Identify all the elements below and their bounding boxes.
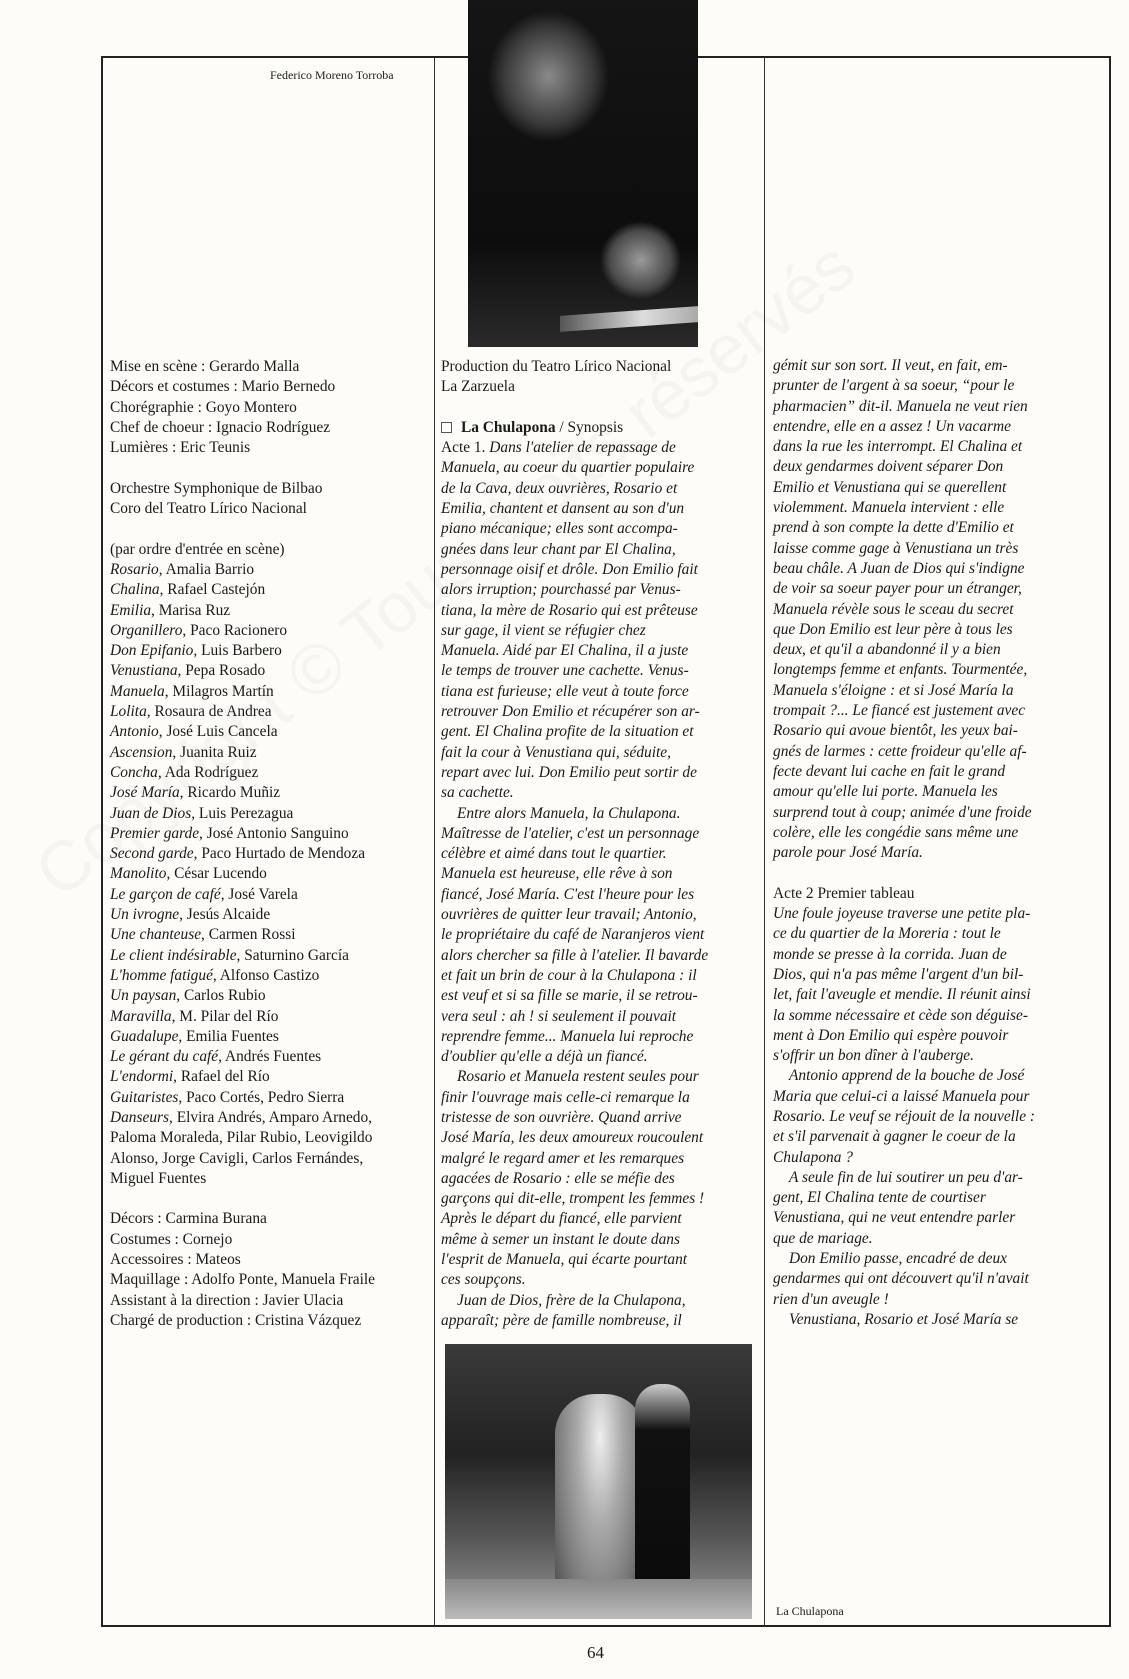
synopsis-text: deux gendarmes doivent séparer Don xyxy=(773,458,1003,475)
cast-role: Lolita xyxy=(110,703,147,720)
cast-entry: Premier garde, José Antonio Sanguino xyxy=(110,824,430,844)
cast-actor: , Ricardo Muñiz xyxy=(180,784,280,801)
photo-detail xyxy=(560,306,698,332)
synopsis-text: personnage oisif et drôle. Don Emilio fa… xyxy=(441,561,698,578)
cast-actor: , Rafael del Río xyxy=(173,1068,270,1085)
cast-actor: , Alfonso Castizo xyxy=(213,967,319,984)
cast-actor: , Rosaura de Andrea xyxy=(147,703,272,720)
photo-caption-stage: La Chulapona xyxy=(776,1604,844,1619)
synopsis-text: pharmacien” dit-il. Manuela ne veut rien xyxy=(773,398,1028,415)
synopsis-line: Juan de Dios, frère de la Chulapona, xyxy=(441,1291,751,1311)
cast-actor: , Luis Perezagua xyxy=(191,805,293,822)
ensemble-line: Coro del Teatro Lírico Nacional xyxy=(110,499,430,519)
cast-actor: , César Lucendo xyxy=(166,865,266,882)
synopsis-text: Rosario et Manuela restent seules pour xyxy=(457,1068,699,1085)
cast-entry: L'endormi, Rafael del Río xyxy=(110,1067,430,1087)
cast-entry: José María, Ricardo Muñiz xyxy=(110,783,430,803)
synopsis-text: surprend tout à coup; animée d'une froid… xyxy=(773,804,1032,821)
synopsis-line: reprendre femme... Manuela lui reproche xyxy=(441,1027,751,1047)
synopsis-line: que Don Emilio est leur père à tous les xyxy=(773,620,1098,640)
synopsis-text: ces soupçons. xyxy=(441,1271,526,1288)
synopsis-text: parole pour José María. xyxy=(773,844,923,861)
synopsis-line: parole pour José María. xyxy=(773,843,1098,863)
synopsis-text: est veuf et si sa fille se marie, il se … xyxy=(441,987,698,1004)
cast-entry: L'homme fatigué, Alfonso Castizo xyxy=(110,966,430,986)
synopsis-text: let, fait l'aveugle et mendie. Il réunit… xyxy=(773,986,1031,1003)
synopsis-text: Maîtresse de l'atelier, c'est un personn… xyxy=(441,825,699,842)
cast-actor: , Jesús Alcaide xyxy=(179,906,270,923)
synopsis-text: célèbre et aimé dans tout le quartier. xyxy=(441,845,667,862)
cast-actor: , Andrés Fuentes xyxy=(218,1048,321,1065)
synopsis-line: apparaît; père de famille nombreuse, il xyxy=(441,1311,751,1331)
cast-entry: Le gérant du café, Andrés Fuentes xyxy=(110,1047,430,1067)
synopsis-text: Venustiana, Rosario et José María se xyxy=(789,1311,1018,1328)
synopsis-text: alors irruption; pourchassé par Venus- xyxy=(441,581,681,598)
synopsis-text: prend à son compte la dette d'Emilio et xyxy=(773,519,1014,536)
synopsis-text: Manuela s'éloigne : et si José María la xyxy=(773,682,1014,699)
cast-role: Ascension xyxy=(110,744,172,761)
cast-entry: Danseurs, Elvira Andrés, Amparo Arnedo, xyxy=(110,1108,430,1128)
synopsis-line: gémit sur son sort. Il veut, en fait, em… xyxy=(773,356,1098,376)
square-bullet-icon xyxy=(441,422,452,433)
synopsis-text: reprendre femme... Manuela lui reproche xyxy=(441,1028,693,1045)
synopsis-line: tristesse de son ouvrière. Quand arrive xyxy=(441,1108,751,1128)
synopsis-line: de la Cava, deux ouvrières, Rosario et xyxy=(441,479,751,499)
synopsis-text: Après le départ du fiancé, elle parvient xyxy=(441,1210,682,1227)
synopsis-text: la somme nécessaire et cède son déguise- xyxy=(773,1007,1028,1024)
synopsis-line: gnés de larmes : cette froideur qu'elle … xyxy=(773,742,1098,762)
synopsis-line: et fait un brin de cour à la Chulapona :… xyxy=(441,966,751,986)
cast-entry: Venustiana, Pepa Rosado xyxy=(110,661,430,681)
synopsis-line: prend à son compte la dette d'Emilio et xyxy=(773,518,1098,538)
cast-entry: Ascension, Juanita Ruiz xyxy=(110,743,430,763)
synopsis-line: est veuf et si sa fille se marie, il se … xyxy=(441,986,751,1006)
synopsis-text: sur gage, il vient se réfugier chez xyxy=(441,622,646,639)
credit-line: Mise en scène : Gerardo Malla xyxy=(110,357,430,377)
synopsis-text: gnés de larmes : cette froideur qu'elle … xyxy=(773,743,1027,760)
synopsis-text: Emilia, chantent et dansent au son d'un xyxy=(441,500,684,517)
synopsis-text: retrouver Don Emilio et récupérer son ar… xyxy=(441,703,700,720)
cast-heading: (par ordre d'entrée en scène) xyxy=(110,540,430,560)
la-chulapona-stage-photo xyxy=(445,1456,752,1627)
technical-credit-line: Maquillage : Adolfo Ponte, Manuela Frail… xyxy=(110,1270,430,1290)
synopsis-text: deux, et qu'il a abandonné il y a bien xyxy=(773,641,1001,658)
synopsis-line: entendre, elle en a assez ! Un vacarme xyxy=(773,417,1098,437)
cast-actor: , Luis Barbero xyxy=(193,642,281,659)
synopsis-text: que Don Emilio est leur père à tous les xyxy=(773,621,1013,638)
synopsis-text: amour qu'elle lui porte. Manuela les xyxy=(773,783,998,800)
synopsis-text: dans la rue les interrompt. El Chalina e… xyxy=(773,438,1022,455)
composer-portrait-photo xyxy=(468,0,698,347)
synopsis-line: colère, elle les congédie sans même une xyxy=(773,823,1098,843)
synopsis-line: Acte 1. Dans l'atelier de repassage de xyxy=(441,438,751,458)
cast-role: L'endormi xyxy=(110,1068,173,1085)
synopsis-line: Manuela s'éloigne : et si José María la xyxy=(773,681,1098,701)
cast-role: Second garde xyxy=(110,845,194,862)
synopsis-line: Maria que celui-ci a laissé Manuela pour xyxy=(773,1087,1098,1107)
synopsis-text: ouvrières de quitter leur travail; Anton… xyxy=(441,906,697,923)
synopsis-text: Manuela, au coeur du quartier populaire xyxy=(441,459,694,476)
cast-role: Juan de Dios xyxy=(110,805,191,822)
synopsis-line: repart avec lui. Don Emilio peut sortir … xyxy=(441,763,751,783)
synopsis-text: Emilio et Venustiana qui se querellent xyxy=(773,479,1006,496)
synopsis-line: fait la cour à Venustiana qui, séduite, xyxy=(441,743,751,763)
synopsis-line: José María, les deux amoureux roucoulent xyxy=(441,1128,751,1148)
cast-actor: , Juanita Ruiz xyxy=(172,744,256,761)
cast-role: Le gérant du café xyxy=(110,1048,218,1065)
synopsis-text: José María, les deux amoureux roucoulent xyxy=(441,1129,703,1146)
synopsis-text: vera seul : ah ! si seulement il pouvait xyxy=(441,1008,676,1025)
synopsis-line: rien d'un aveugle ! xyxy=(773,1290,1098,1310)
dancers-continued: Paloma Moraleda, Pilar Rubio, Leovigildo… xyxy=(110,1128,430,1189)
synopsis-line: et s'il parvenait à gagner le coeur de l… xyxy=(773,1127,1098,1147)
cast-actor: , Saturnino García xyxy=(237,947,349,964)
synopsis-line: Manuela. Aidé par El Chalina, il a juste xyxy=(441,641,751,661)
synopsis-line: Emilio et Venustiana qui se querellent xyxy=(773,478,1098,498)
act2-heading: Acte 2 Premier tableau xyxy=(773,884,1098,904)
cast-role: Antonio xyxy=(110,723,159,740)
cast-role: Chalina xyxy=(110,581,160,598)
cast-actor: , Paco Hurtado de Mendoza xyxy=(194,845,365,862)
cast-entry: Guitaristes, Paco Cortés, Pedro Sierra xyxy=(110,1088,430,1108)
cast-entry: Maravilla, M. Pilar del Río xyxy=(110,1007,430,1027)
synopsis-line: Venustiana, qui ne veut entendre parler xyxy=(773,1208,1098,1228)
synopsis-line: monde se presse à la corrida. Juan de xyxy=(773,945,1098,965)
synopsis-line: Don Emilio passe, encadré de deux xyxy=(773,1249,1098,1269)
ensembles-list: Orchestre Symphonique de BilbaoCoro del … xyxy=(110,479,430,520)
synopsis-text: Rosario qui avoue bientôt, les yeux bai- xyxy=(773,722,1018,739)
synopsis-line: d'oublier qu'elle a déjà un fiancé. xyxy=(441,1047,751,1067)
synopsis-line: célèbre et aimé dans tout le quartier. xyxy=(441,844,751,864)
synopsis-line: de voir sa soeur payer pour un étranger, xyxy=(773,579,1098,599)
cast-entry: Manuela, Milagros Martín xyxy=(110,682,430,702)
cast-entry: Guadalupe, Emilia Fuentes xyxy=(110,1027,430,1047)
synopsis-line: sa cachette. xyxy=(441,783,751,803)
cast-role: L'homme fatigué xyxy=(110,967,213,984)
synopsis-act2-text: Une foule joyeuse traverse une petite pl… xyxy=(773,904,1098,1330)
synopsis-line: gnées dans leur chant par El Chalina, xyxy=(441,540,751,560)
cast-entry: Manolito, César Lucendo xyxy=(110,864,430,884)
synopsis-text: monde se presse à la corrida. Juan de xyxy=(773,946,1007,963)
cast-role: José María xyxy=(110,784,180,801)
synopsis-text: agacées de Rosario : elle se méfie des xyxy=(441,1170,675,1187)
synopsis-text: Antonio apprend de la bouche de José xyxy=(789,1067,1024,1084)
synopsis-text: repart avec lui. Don Emilio peut sortir … xyxy=(441,764,697,781)
synopsis-line: let, fait l'aveugle et mendie. Il réunit… xyxy=(773,985,1098,1005)
synopsis-text: ment à Don Emilio qui espère pouvoir xyxy=(773,1027,1008,1044)
synopsis-text: trompait ?... Le fiancé est justement av… xyxy=(773,702,1025,719)
synopsis-line: pharmacien” dit-il. Manuela ne veut rien xyxy=(773,397,1098,417)
cast-role: Rosario xyxy=(110,561,159,578)
synopsis-text: prunter de l'argent à sa soeur, “pour le xyxy=(773,377,1014,394)
page-number: 64 xyxy=(587,1643,604,1663)
synopsis-line: sur gage, il vient se réfugier chez xyxy=(441,621,751,641)
synopsis-line: Chulapona ? xyxy=(773,1148,1098,1168)
cast-role: Une chanteuse xyxy=(110,926,201,943)
cast-role: Un paysan xyxy=(110,987,176,1004)
cast-entry: Juan de Dios, Luis Perezagua xyxy=(110,804,430,824)
cast-actor: , José Antonio Sanguino xyxy=(199,825,349,842)
cast-list: Rosario, Amalia BarrioChalina, Rafael Ca… xyxy=(110,560,430,1128)
synopsis-text: fiancé, José María. C'est l'heure pour l… xyxy=(441,886,694,903)
credit-line: Lumières : Eric Teunis xyxy=(110,438,430,458)
synopsis-title: La Chulapona / Synopsis xyxy=(441,418,751,438)
synopsis-text: et fait un brin de cour à la Chulapona :… xyxy=(441,967,697,984)
synopsis-text: tristesse de son ouvrière. Quand arrive xyxy=(441,1109,682,1126)
synopsis-line: ces soupçons. xyxy=(441,1270,751,1290)
synopsis-text: Une foule joyeuse traverse une petite pl… xyxy=(773,905,1030,922)
cast-actor: , Paco Racionero xyxy=(182,622,287,639)
synopsis-line: Rosario et Manuela restent seules pour xyxy=(441,1067,751,1087)
synopsis-text: le propriétaire du café de Naranjeros vi… xyxy=(441,926,704,943)
synopsis-line: gent. El Chalina profite de la situation… xyxy=(441,722,751,742)
technical-credits-list: Décors : Carmina BuranaCostumes : Cornej… xyxy=(110,1209,430,1331)
cast-actor: , Milagros Martín xyxy=(165,683,274,700)
synopsis-line: amour qu'elle lui porte. Manuela les xyxy=(773,782,1098,802)
synopsis-text: le temps de trouver une cachette. Venus- xyxy=(441,662,689,679)
synopsis-continued-column: gémit sur son sort. Il veut, en fait, em… xyxy=(773,356,1098,1330)
synopsis-text: tiana est furieuse; elle veut à toute fo… xyxy=(441,683,689,700)
synopsis-text: de voir sa soeur payer pour un étranger, xyxy=(773,580,1022,597)
synopsis-line: alors chercher sa fille à l'atelier. Il … xyxy=(441,946,751,966)
synopsis-line: longtemps femme et enfants. Tourmentée, xyxy=(773,660,1098,680)
technical-credit-line: Assistant à la direction : Javier Ulacia xyxy=(110,1291,430,1311)
synopsis-text: malgré le regard amer et les remarques xyxy=(441,1150,684,1167)
production-line: Production du Teatro Lírico Nacional xyxy=(441,357,751,377)
ensemble-line: Orchestre Symphonique de Bilbao xyxy=(110,479,430,499)
synopsis-title-rest: / Synopsis xyxy=(556,419,624,436)
synopsis-text: beau châle. A Juan de Dios qui s'indigne xyxy=(773,560,1025,577)
production-lines: Production du Teatro Lírico NacionalLa Z… xyxy=(441,357,751,398)
synopsis-line: vera seul : ah ! si seulement il pouvait xyxy=(441,1007,751,1027)
synopsis-line: gendarmes qui ont découvert qu'il n'avai… xyxy=(773,1269,1098,1289)
synopsis-text: Venustiana, qui ne veut entendre parler xyxy=(773,1209,1015,1226)
synopsis-text: fait la cour à Venustiana qui, séduite, xyxy=(441,744,671,761)
cast-role: Manuela xyxy=(110,683,165,700)
synopsis-text: Don Emilio passe, encadré de deux xyxy=(789,1250,1007,1267)
synopsis-text: alors chercher sa fille à l'atelier. Il … xyxy=(441,947,708,964)
cast-entry: Emilia, Marisa Ruz xyxy=(110,601,430,621)
technical-credit-line: Accessoires : Mateos xyxy=(110,1250,430,1270)
cast-actor: , Carmen Rossi xyxy=(201,926,295,943)
synopsis-text: piano mécanique; elles sont accompa- xyxy=(441,520,678,537)
synopsis-text: d'oublier qu'elle a déjà un fiancé. xyxy=(441,1048,648,1065)
technical-credit-line: Chargé de production : Cristina Vázquez xyxy=(110,1311,430,1331)
cast-role: Premier garde xyxy=(110,825,199,842)
synopsis-line: fecte devant lui cache en fait le grand xyxy=(773,762,1098,782)
synopsis-line: Venustiana, Rosario et José María se xyxy=(773,1310,1098,1330)
synopsis-line: Une foule joyeuse traverse une petite pl… xyxy=(773,904,1098,924)
synopsis-text: violemment. Manuela intervient : elle xyxy=(773,499,1004,516)
cast-actor: , Pepa Rosado xyxy=(178,662,266,679)
stage-photo-image xyxy=(445,1344,752,1619)
cast-entry: Une chanteuse, Carmen Rossi xyxy=(110,925,430,945)
synopsis-line: s'offrir un bon dîner à l'auberge. xyxy=(773,1046,1098,1066)
synopsis-line: Manuela révèle sous le sceau du secret xyxy=(773,600,1098,620)
synopsis-text: Juan de Dios, frère de la Chulapona, xyxy=(457,1292,686,1309)
synopsis-text: colère, elle les congédie sans même une xyxy=(773,824,1018,841)
synopsis-text: ce du quartier de la Moreria : tout le xyxy=(773,925,1001,942)
synopsis-line: tiana est furieuse; elle veut à toute fo… xyxy=(441,682,751,702)
synopsis-line: deux, et qu'il a abandonné il y a bien xyxy=(773,640,1098,660)
cast-entry: Rosario, Amalia Barrio xyxy=(110,560,430,580)
synopsis-text: gent. El Chalina profite de la situation… xyxy=(441,723,694,740)
synopsis-text: fecte devant lui cache en fait le grand xyxy=(773,763,1005,780)
cast-role: Guadalupe xyxy=(110,1028,178,1045)
column-divider-right xyxy=(764,58,765,1625)
synopsis-line: garçons qui dit-elle, trompent les femme… xyxy=(441,1189,751,1209)
cast-entry: Organillero, Paco Racionero xyxy=(110,621,430,641)
credit-line: Chorégraphie : Goyo Montero xyxy=(110,398,430,418)
cast-actor: , Paco Cortés, Pedro Sierra xyxy=(178,1089,344,1106)
cast-entry: Second garde, Paco Hurtado de Mendoza xyxy=(110,844,430,864)
synopsis-text: Manuela est heureuse, elle rêve à son xyxy=(441,865,673,882)
dancers-line: Paloma Moraleda, Pilar Rubio, Leovigildo xyxy=(110,1128,430,1148)
synopsis-line: trompait ?... Le fiancé est justement av… xyxy=(773,701,1098,721)
cast-role: Manolito xyxy=(110,865,166,882)
cast-actor: , Marisa Ruz xyxy=(151,602,230,619)
cast-actor: , M. Pilar del Río xyxy=(172,1008,279,1025)
cast-actor: , Emilia Fuentes xyxy=(178,1028,278,1045)
cast-entry: Un paysan, Carlos Rubio xyxy=(110,986,430,1006)
cast-actor: , José Varela xyxy=(221,886,298,903)
cast-role: Concha xyxy=(110,764,158,781)
synopsis-line: Entre alors Manuela, la Chulapona. xyxy=(441,804,751,824)
synopsis-line: ouvrières de quitter leur travail; Anton… xyxy=(441,905,751,925)
cast-actor: , Amalia Barrio xyxy=(159,561,254,578)
synopsis-text: Dios, qui n'a pas même l'argent d'un bil… xyxy=(773,966,1023,983)
synopsis-text: garçons qui dit-elle, trompent les femme… xyxy=(441,1190,704,1207)
synopsis-line: Manuela est heureuse, elle rêve à son xyxy=(441,864,751,884)
credit-line: Chef de choeur : Ignacio Rodríguez xyxy=(110,418,430,438)
cast-entry: Chalina, Rafael Castejón xyxy=(110,580,430,600)
synopsis-text: laisse comme gage à Venustiana un très xyxy=(773,540,1018,557)
credit-line: Décors et costumes : Mario Bernedo xyxy=(110,377,430,397)
cast-entry: Concha, Ada Rodríguez xyxy=(110,763,430,783)
dancers-line: Miguel Fuentes xyxy=(110,1169,430,1189)
synopsis-text: l'esprit de Manuela, qui écarte pourtant xyxy=(441,1251,687,1268)
synopsis-text: même à semer un instant le doute dans xyxy=(441,1231,680,1248)
cast-actor: , Elvira Andrés, Amparo Arnedo, xyxy=(169,1109,372,1126)
synopsis-line: personnage oisif et drôle. Don Emilio fa… xyxy=(441,560,751,580)
synopsis-text: gnées dans leur chant par El Chalina, xyxy=(441,541,676,558)
synopsis-line: Dios, qui n'a pas même l'argent d'un bil… xyxy=(773,965,1098,985)
production-team-list: Mise en scène : Gerardo MallaDécors et c… xyxy=(110,357,430,458)
synopsis-line: fiancé, José María. C'est l'heure pour l… xyxy=(441,885,751,905)
synopsis-line: Rosario qui avoue bientôt, les yeux bai- xyxy=(773,721,1098,741)
synopsis-line: retrouver Don Emilio et récupérer son ar… xyxy=(441,702,751,722)
synopsis-text: apparaît; père de famille nombreuse, il xyxy=(441,1312,682,1329)
cast-role: Un ivrogne xyxy=(110,906,179,923)
synopsis-text: gent, El Chalina tente de courtiser xyxy=(773,1189,986,1206)
synopsis-act1-text: Acte 1. Dans l'atelier de repassage deMa… xyxy=(441,438,751,1331)
cast-entry: Le client indésirable, Saturnino García xyxy=(110,946,430,966)
synopsis-line: prunter de l'argent à sa soeur, “pour le xyxy=(773,376,1098,396)
cast-role: Maravilla xyxy=(110,1008,172,1025)
synopsis-text: Rosario. Le veuf se réjouit de la nouvel… xyxy=(773,1108,1035,1125)
synopsis-text: longtemps femme et enfants. Tourmentée, xyxy=(773,661,1027,678)
synopsis-line: la somme nécessaire et cède son déguise- xyxy=(773,1006,1098,1026)
cast-entry: Lolita, Rosaura de Andrea xyxy=(110,702,430,722)
synopsis-text: de la Cava, deux ouvrières, Rosario et xyxy=(441,480,677,497)
technical-credit-line: Décors : Carmina Burana xyxy=(110,1209,430,1229)
photo-stage-floor xyxy=(445,1579,752,1619)
synopsis-line: l'esprit de Manuela, qui écarte pourtant xyxy=(441,1250,751,1270)
synopsis-line: finir l'ouvrage mais celle-ci remarque l… xyxy=(441,1088,751,1108)
cast-entry: Le garçon de café, José Varela xyxy=(110,885,430,905)
synopsis-text: Chulapona ? xyxy=(773,1149,853,1166)
synopsis-line: Manuela, au coeur du quartier populaire xyxy=(441,458,751,478)
cast-actor: , Rafael Castejón xyxy=(160,581,266,598)
dancers-line: Alonso, Jorge Cavigli, Carlos Fernándes, xyxy=(110,1149,430,1169)
technical-credit-line: Costumes : Cornejo xyxy=(110,1230,430,1250)
cast-role: Guitaristes xyxy=(110,1089,178,1106)
synopsis-text: Dans l'atelier de repassage de xyxy=(489,439,676,456)
synopsis-line: A seule fin de lui soutirer un peu d'ar- xyxy=(773,1168,1098,1188)
synopsis-act1-continued: gémit sur son sort. Il veut, en fait, em… xyxy=(773,356,1098,863)
synopsis-text: entendre, elle en a assez ! Un vacarme xyxy=(773,418,1011,435)
synopsis-line: Antonio apprend de la bouche de José xyxy=(773,1066,1098,1086)
synopsis-text: finir l'ouvrage mais celle-ci remarque l… xyxy=(441,1089,690,1106)
synopsis-text: A seule fin de lui soutirer un peu d'ar- xyxy=(789,1169,1023,1186)
synopsis-line: Après le départ du fiancé, elle parvient xyxy=(441,1209,751,1229)
cast-entry: Un ivrogne, Jesús Alcaide xyxy=(110,905,430,925)
synopsis-text: Maria que celui-ci a laissé Manuela pour xyxy=(773,1088,1029,1105)
cast-role: Le client indésirable xyxy=(110,947,237,964)
photo-caption-composer: Federico Moreno Torroba xyxy=(270,68,394,83)
synopsis-text: tiana, la mère de Rosario qui est prêteu… xyxy=(441,602,698,619)
cast-actor: , Ada Rodríguez xyxy=(158,764,258,781)
synopsis-text: gendarmes qui ont découvert qu'il n'avai… xyxy=(773,1270,1029,1287)
synopsis-line: que de mariage. xyxy=(773,1229,1098,1249)
synopsis-line: beau châle. A Juan de Dios qui s'indigne xyxy=(773,559,1098,579)
synopsis-line: ment à Don Emilio qui espère pouvoir xyxy=(773,1026,1098,1046)
synopsis-line: le temps de trouver une cachette. Venus- xyxy=(441,661,751,681)
synopsis-text: que de mariage. xyxy=(773,1230,873,1247)
synopsis-line: violemment. Manuela intervient : elle xyxy=(773,498,1098,518)
synopsis-line: Rosario. Le veuf se réjouit de la nouvel… xyxy=(773,1107,1098,1127)
synopsis-line: surprend tout à coup; animée d'une froid… xyxy=(773,803,1098,823)
cast-role: Venustiana xyxy=(110,662,178,679)
synopsis-title-bold: La Chulapona xyxy=(461,419,556,436)
synopsis-line: le propriétaire du café de Naranjeros vi… xyxy=(441,925,751,945)
synopsis-line: agacées de Rosario : elle se méfie des xyxy=(441,1169,751,1189)
cast-actor: , Carlos Rubio xyxy=(176,987,265,1004)
synopsis-line: Maîtresse de l'atelier, c'est un personn… xyxy=(441,824,751,844)
synopsis-line: même à semer un instant le doute dans xyxy=(441,1230,751,1250)
synopsis-line: tiana, la mère de Rosario qui est prêteu… xyxy=(441,601,751,621)
synopsis-line: dans la rue les interrompt. El Chalina e… xyxy=(773,437,1098,457)
cast-actor: , José Luis Cancela xyxy=(159,723,278,740)
cast-role: Le garçon de café xyxy=(110,886,221,903)
production-line: La Zarzuela xyxy=(441,377,751,397)
synopsis-text: rien d'un aveugle ! xyxy=(773,1291,889,1308)
synopsis-column: Production du Teatro Lírico NacionalLa Z… xyxy=(441,357,751,1331)
synopsis-line: laisse comme gage à Venustiana un très xyxy=(773,539,1098,559)
synopsis-text: et s'il parvenait à gagner le coeur de l… xyxy=(773,1128,1016,1145)
synopsis-line: malgré le regard amer et les remarques xyxy=(441,1149,751,1169)
cast-role: Don Epifanio xyxy=(110,642,193,659)
act-label: Acte 1. xyxy=(441,439,489,456)
synopsis-text: Entre alors Manuela, la Chulapona. xyxy=(457,805,680,822)
synopsis-line: ce du quartier de la Moreria : tout le xyxy=(773,924,1098,944)
synopsis-text: gémit sur son sort. Il veut, en fait, em… xyxy=(773,357,1008,374)
cast-role: Organillero xyxy=(110,622,182,639)
synopsis-text: sa cachette. xyxy=(441,784,514,801)
synopsis-line: Emilia, chantent et dansent au son d'un xyxy=(441,499,751,519)
synopsis-text: s'offrir un bon dîner à l'auberge. xyxy=(773,1047,974,1064)
column-divider-left xyxy=(434,58,435,1625)
